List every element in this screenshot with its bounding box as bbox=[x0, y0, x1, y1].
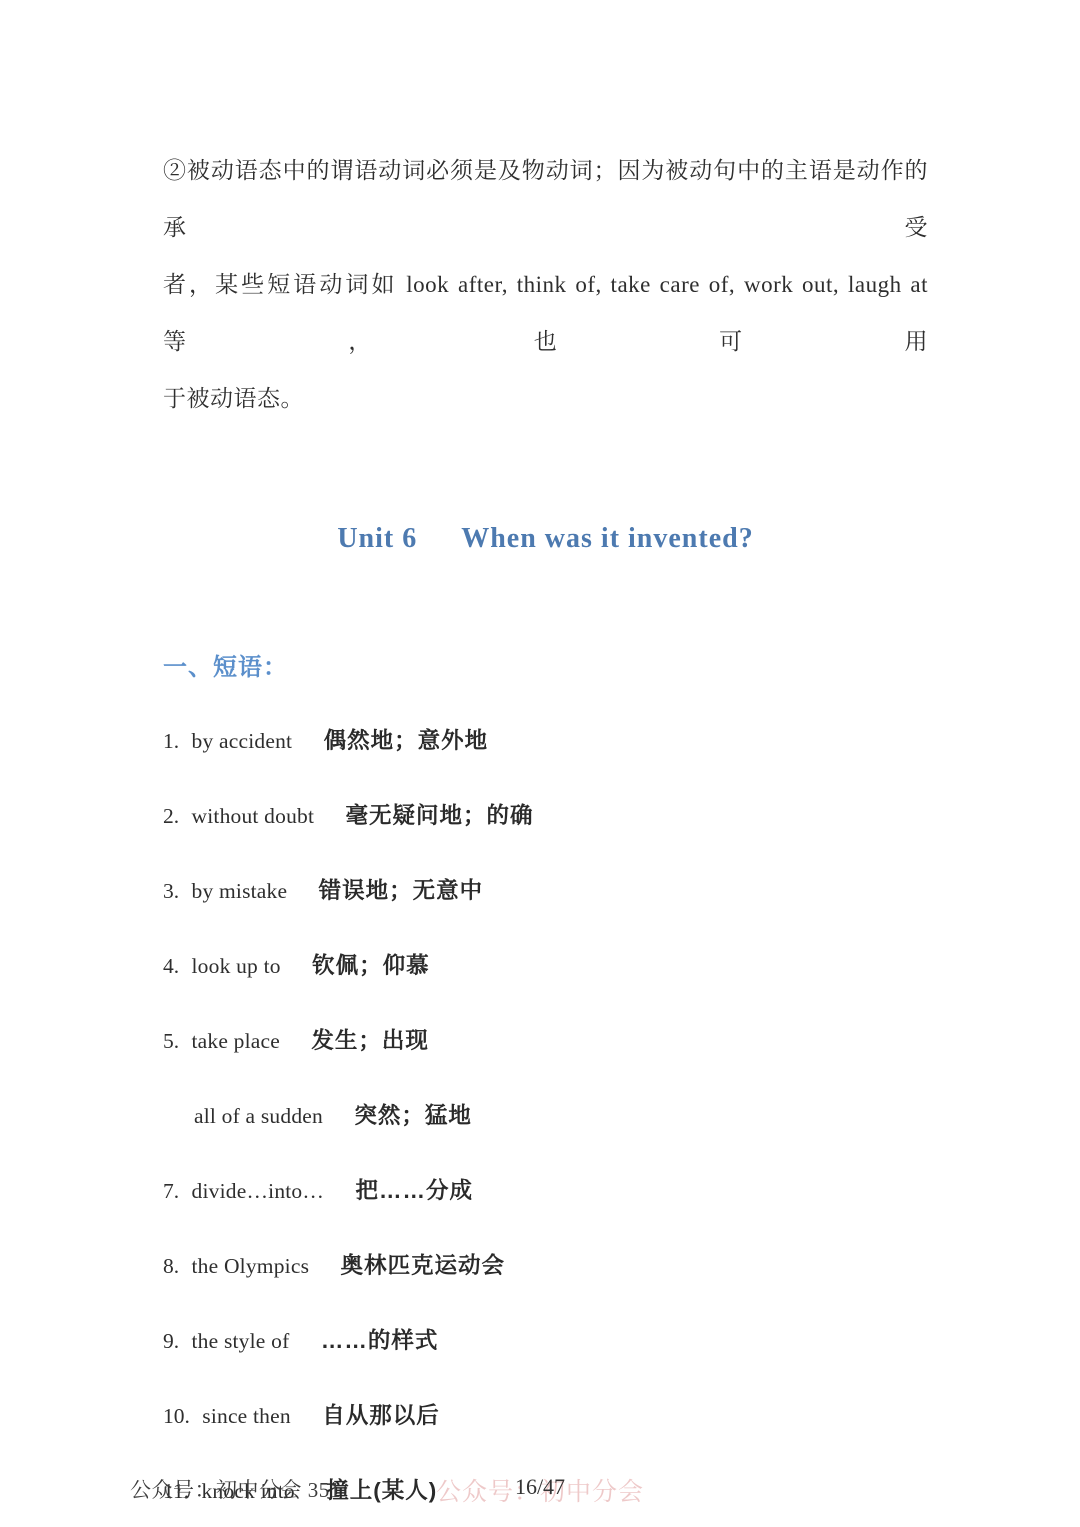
section-heading-phrases: 一、短语： bbox=[163, 647, 928, 682]
unit-name: When was it invented? bbox=[461, 523, 753, 554]
phrase-chinese: 偶然地；意外地 bbox=[324, 728, 489, 753]
unit-title: Unit 6 When was it invented? bbox=[163, 523, 928, 555]
phrase-number: 7. bbox=[163, 1179, 179, 1203]
page-footer: 公众号：初中分会 351 公众号：初中分会 16/47 bbox=[0, 1471, 1080, 1505]
phrase-list-item: 5. take place 发生；出现 bbox=[163, 1028, 928, 1054]
phrase-number: 10. bbox=[163, 1404, 190, 1428]
phrase-list-item: 9. the style of ……的样式 bbox=[163, 1328, 928, 1354]
paragraph-line: 于被动语态。 bbox=[163, 370, 928, 427]
phrase-number: 4. bbox=[163, 954, 179, 978]
phrase-english: by mistake bbox=[192, 879, 288, 903]
footer-account-label: 公众号：初中分会 351 bbox=[130, 1474, 341, 1504]
phrase-list-item: 3. by mistake 错误地；无意中 bbox=[163, 878, 928, 904]
phrase-list-item: 8. the Olympics 奥林匹克运动会 bbox=[163, 1253, 928, 1279]
phrase-english: without doubt bbox=[192, 804, 315, 828]
document-page: ②被动语态中的谓语动词必须是及物动词；因为被动句中的主语是动作的承受 者，某些短… bbox=[0, 0, 1080, 1527]
phrase-english: the style of bbox=[192, 1329, 290, 1353]
phrase-chinese: 突然；猛地 bbox=[354, 1103, 472, 1128]
phrase-chinese: 发生；出现 bbox=[311, 1028, 429, 1053]
phrase-chinese: 自从那以后 bbox=[322, 1403, 440, 1428]
phrase-number: 2. bbox=[163, 804, 179, 828]
phrase-english: the Olympics bbox=[192, 1254, 310, 1278]
phrase-english: divide…into… bbox=[192, 1179, 325, 1203]
phrase-number: 3. bbox=[163, 879, 179, 903]
phrase-chinese: 奥林匹克运动会 bbox=[341, 1253, 506, 1278]
phrase-chinese: 错误地；无意中 bbox=[319, 878, 484, 903]
phrase-list-item: 1. by accident 偶然地；意外地 bbox=[163, 728, 928, 754]
grammar-note-paragraph: ②被动语态中的谓语动词必须是及物动词；因为被动句中的主语是动作的承受 者，某些短… bbox=[163, 142, 928, 427]
phrase-number: 8. bbox=[163, 1254, 179, 1278]
phrase-chinese: 把……分成 bbox=[355, 1178, 473, 1203]
phrase-list-item: 4. look up to 钦佩；仰慕 bbox=[163, 953, 928, 979]
page-number: 16/47 bbox=[515, 1474, 565, 1500]
footer-page-area: 公众号：初中分会 16/47 bbox=[515, 1471, 565, 1505]
phrase-english: all of a sudden bbox=[194, 1104, 323, 1128]
phrase-number: 9. bbox=[163, 1329, 179, 1353]
phrase-chinese: 毫无疑问地；的确 bbox=[346, 803, 534, 828]
phrase-number: 1. bbox=[163, 729, 179, 753]
phrase-list-item: all of a sudden 突然；猛地 bbox=[163, 1103, 928, 1129]
phrase-list-item: 10. since then 自从那以后 bbox=[163, 1403, 928, 1429]
phrase-chinese: 钦佩；仰慕 bbox=[312, 953, 430, 978]
phrase-number: 5. bbox=[163, 1029, 179, 1053]
phrase-english: take place bbox=[192, 1029, 281, 1053]
paragraph-line: ②被动语态中的谓语动词必须是及物动词；因为被动句中的主语是动作的承受 bbox=[163, 142, 928, 256]
phrase-english: look up to bbox=[192, 954, 281, 978]
phrase-list: 1. by accident 偶然地；意外地 2. without doubt … bbox=[163, 728, 928, 1504]
phrase-list-item: 2. without doubt 毫无疑问地；的确 bbox=[163, 803, 928, 829]
phrase-chinese: ……的样式 bbox=[321, 1328, 439, 1353]
unit-number: Unit 6 bbox=[337, 523, 417, 554]
phrase-english: since then bbox=[202, 1404, 291, 1428]
phrase-list-item: 7. divide…into… 把……分成 bbox=[163, 1178, 928, 1204]
paragraph-line: 者，某些短语动词如 look after, think of, take car… bbox=[163, 256, 928, 370]
phrase-english: by accident bbox=[192, 729, 293, 753]
